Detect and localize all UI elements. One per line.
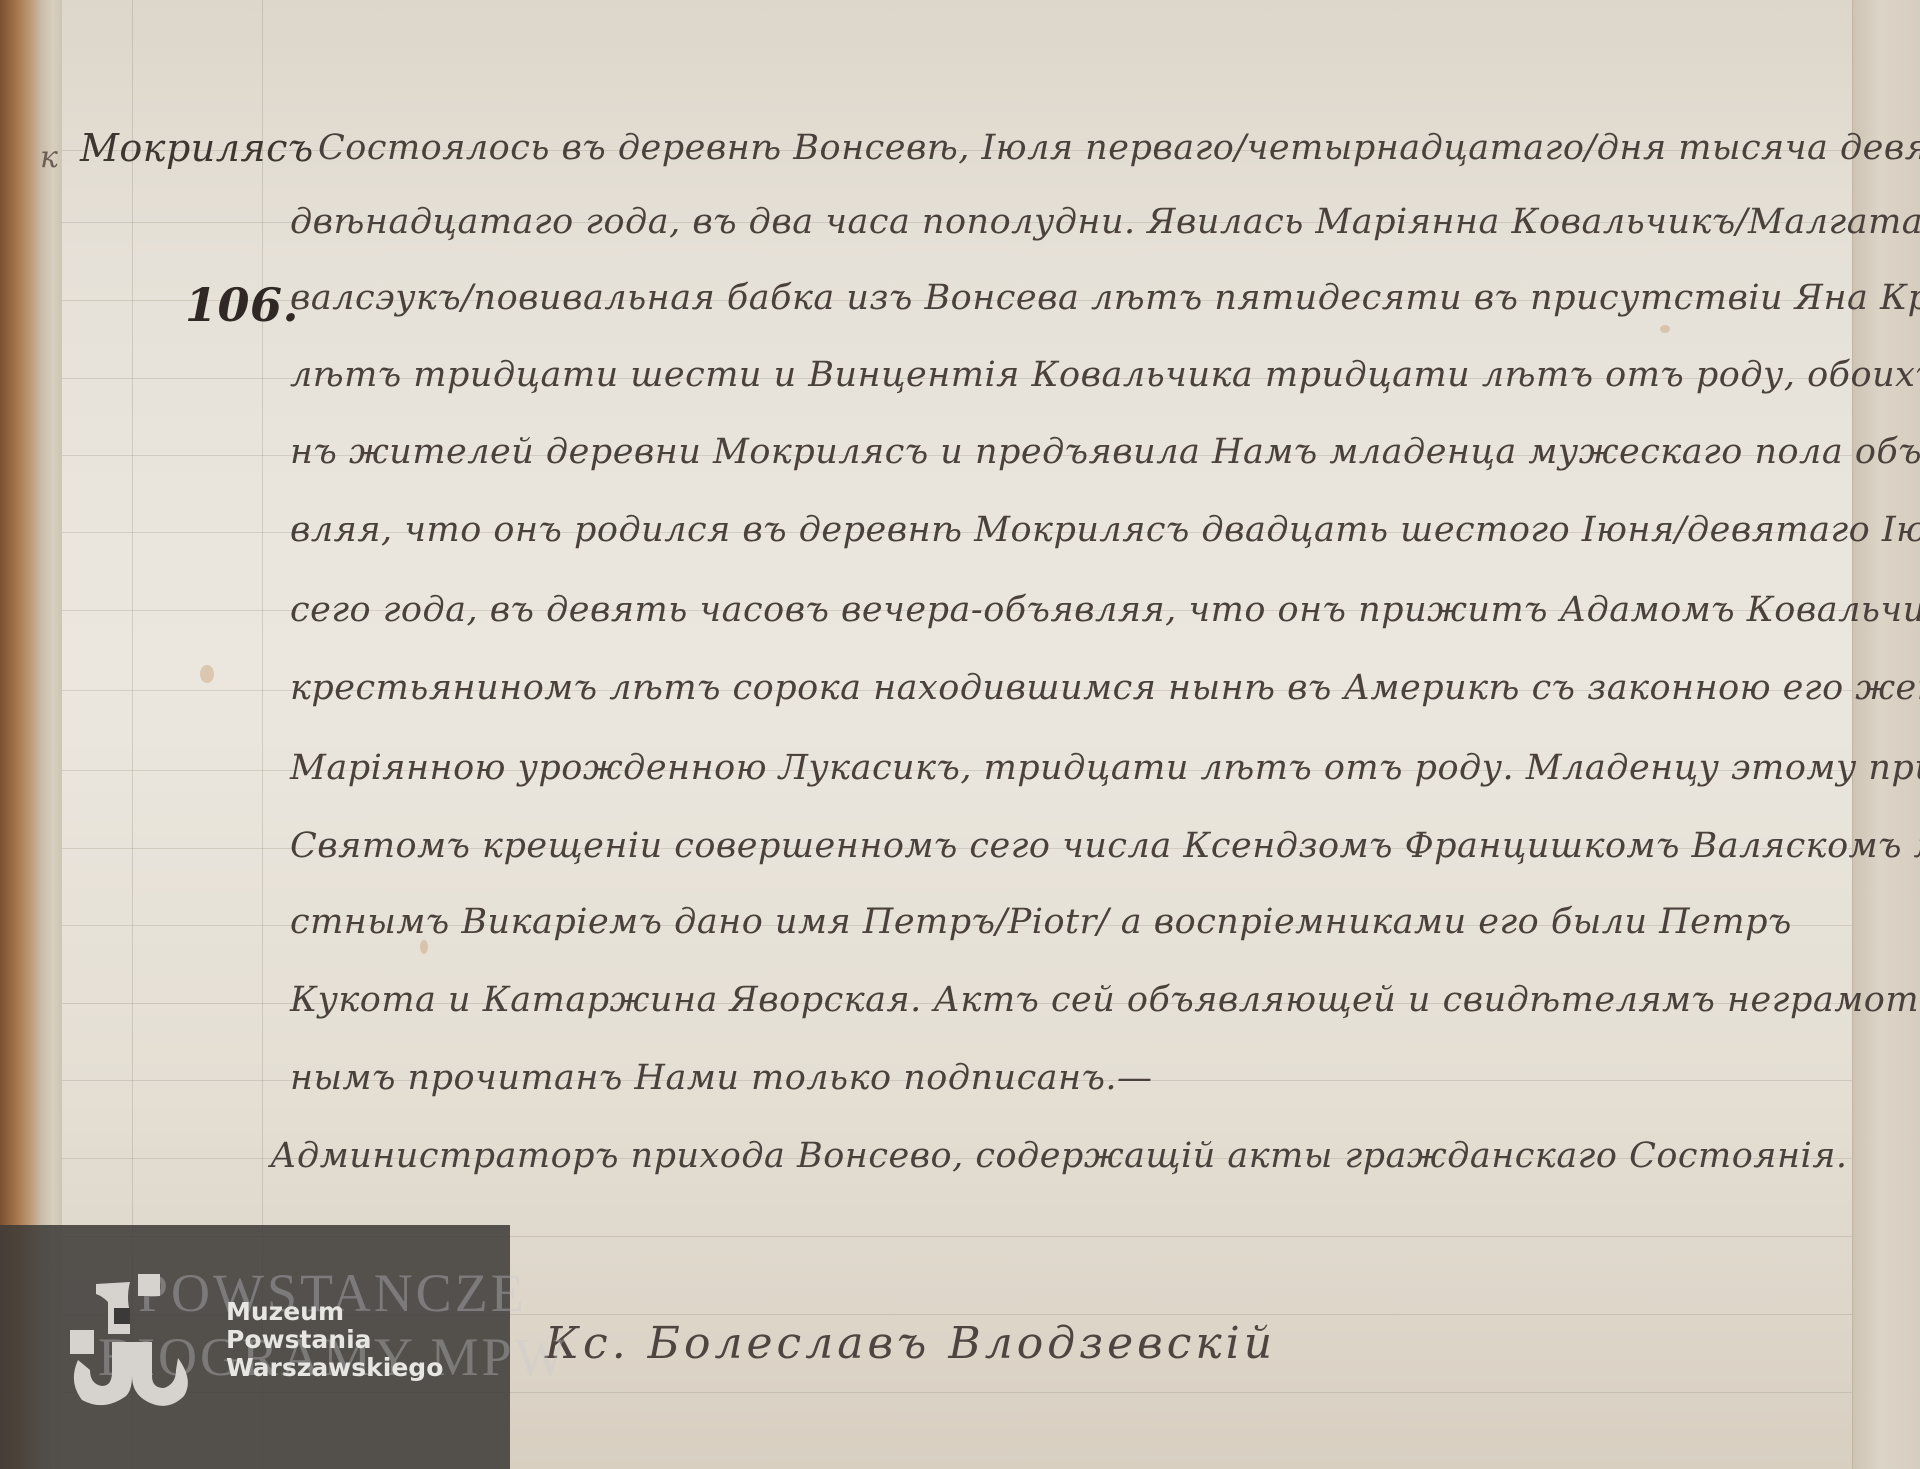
paper-stain (420, 940, 428, 954)
text-line-2: двѣнадцатаго года, въ два часа пополудни… (290, 202, 1920, 242)
text-line-8: крестьяниномъ лѣтъ сорока находившимся н… (290, 668, 1920, 708)
text-line-9: Маріянною урожденною Лукасикъ, тридцати … (290, 748, 1920, 788)
act-number: 106. (185, 278, 299, 332)
paper-stain (200, 665, 214, 683)
text-line-5: нъ жителей деревни Мокрилясъ и предъявил… (290, 432, 1920, 472)
text-line-14: Администраторъ прихода Вонсево, содержащ… (270, 1136, 1848, 1176)
text-line-7: сего года, въ девять часовъ вечера-объяв… (290, 590, 1920, 630)
text-line-6: вляя, что онъ родился въ деревнѣ Мокриля… (290, 510, 1920, 550)
anchor-logo-icon (68, 1272, 196, 1412)
text-line-10: Святомъ крещеніи совершенномъ сего числа… (290, 826, 1920, 866)
museum-name-line-1: Muzeum (226, 1298, 443, 1326)
museum-name-line-2: Powstania (226, 1326, 443, 1354)
paper-stain (1660, 325, 1670, 333)
priest-signature: Кс. Болеславъ Влодзевскій (545, 1318, 1276, 1369)
text-line-1: Состоялось въ деревнѣ Вонсевѣ, Іюля перв… (318, 128, 1920, 168)
margin-mark: к (40, 140, 58, 175)
text-line-11: стнымъ Викаріемъ дано имя Петръ/Piotr/ а… (290, 902, 1792, 942)
text-line-4: лѣтъ тридцати шести и Винцентія Ковальчи… (290, 355, 1920, 395)
text-line-3: валсэукъ/повивальная бабка изъ Вонсева л… (290, 278, 1920, 318)
museum-name-line-3: Warszawskiego (226, 1354, 443, 1382)
museum-name: Muzeum Powstania Warszawskiego (226, 1298, 443, 1382)
text-line-13: нымъ прочитанъ Нами только подписанъ.— (290, 1058, 1153, 1098)
margin-village-name: Мокрилясъ (80, 126, 314, 170)
text-line-12: Кукота и Катаржина Яворская. Актъ сей об… (290, 980, 1920, 1020)
